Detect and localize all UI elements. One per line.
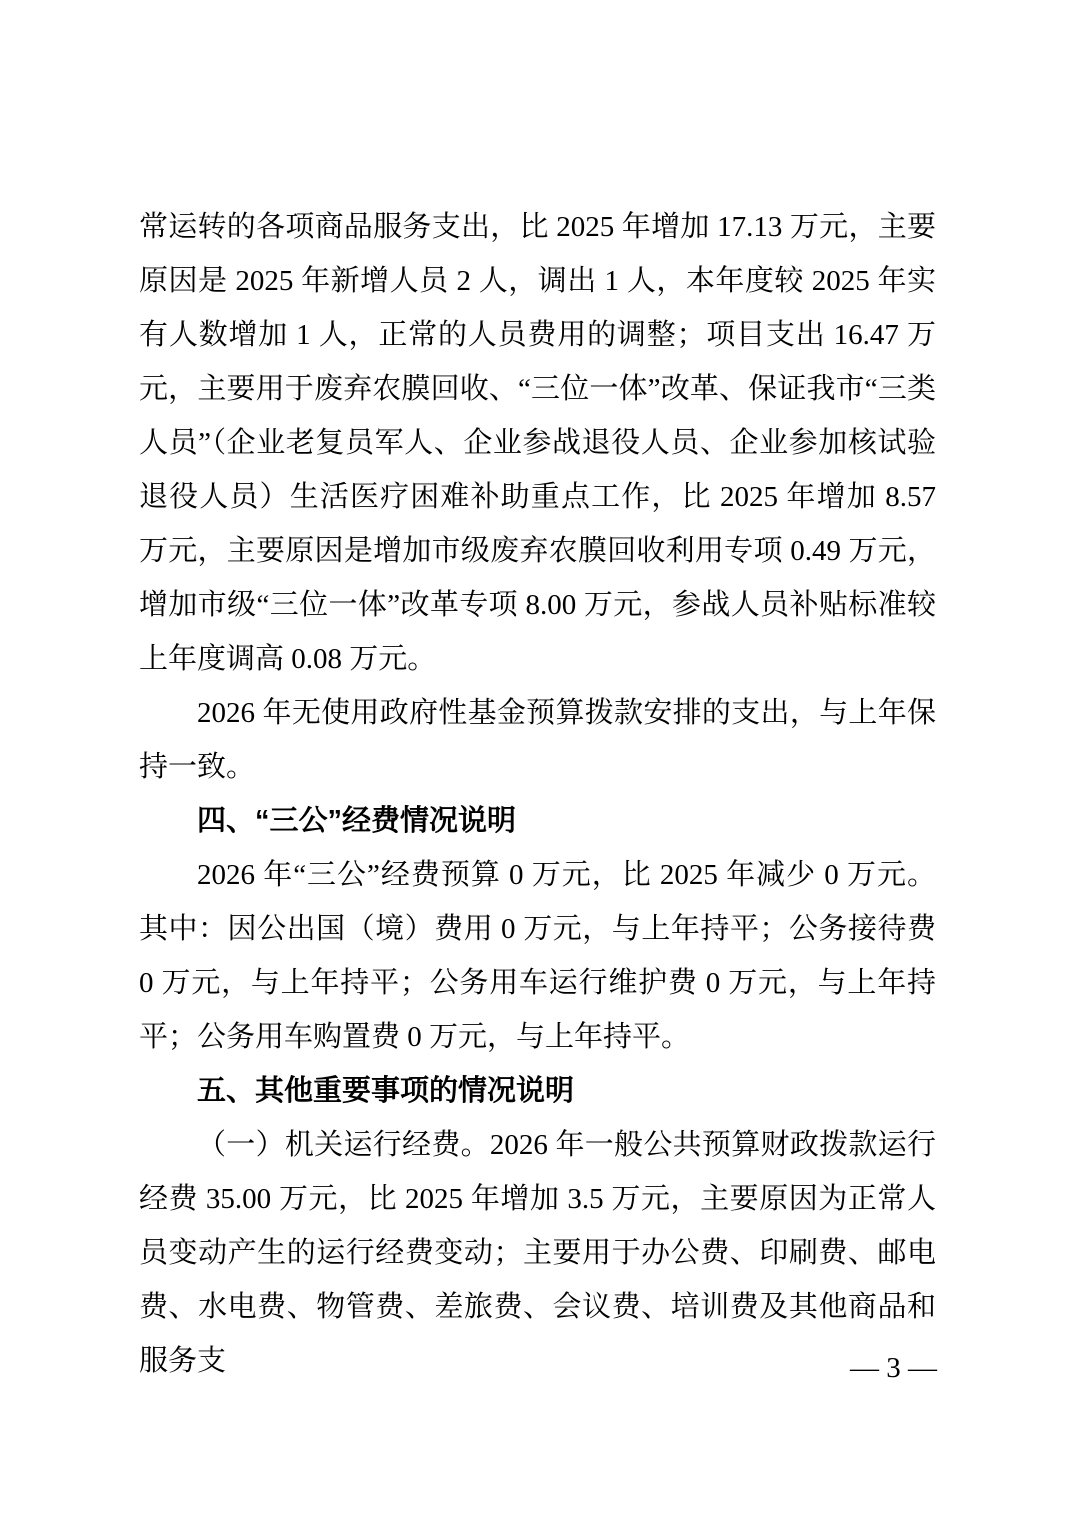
section-heading-other-important-matters: 五、其他重要事项的情况说明 [139, 1064, 936, 1118]
paragraph-san-gong-expense-details: 2026 年“三公”经费预算 0 万元，比 2025 年减少 0 万元。其中：因… [139, 848, 936, 1064]
paragraph-agency-operating-funds: （一）机关运行经费。2026 年一般公共预算财政拨款运行经费 35.00 万元，… [139, 1118, 936, 1388]
page-number: — 3 — [850, 1348, 937, 1388]
document-page: 常运转的各项商品服务支出，比 2025 年增加 17.13 万元，主要原因是 2… [0, 0, 1074, 1520]
paragraph-continuation-basic-expenditure: 常运转的各项商品服务支出，比 2025 年增加 17.13 万元，主要原因是 2… [139, 200, 936, 686]
document-body: 常运转的各项商品服务支出，比 2025 年增加 17.13 万元，主要原因是 2… [139, 200, 936, 1388]
paragraph-government-fund-budget: 2026 年无使用政府性基金预算拨款安排的支出，与上年保持一致。 [139, 686, 936, 794]
section-heading-san-gong-expenses: 四、“三公”经费情况说明 [139, 794, 936, 848]
